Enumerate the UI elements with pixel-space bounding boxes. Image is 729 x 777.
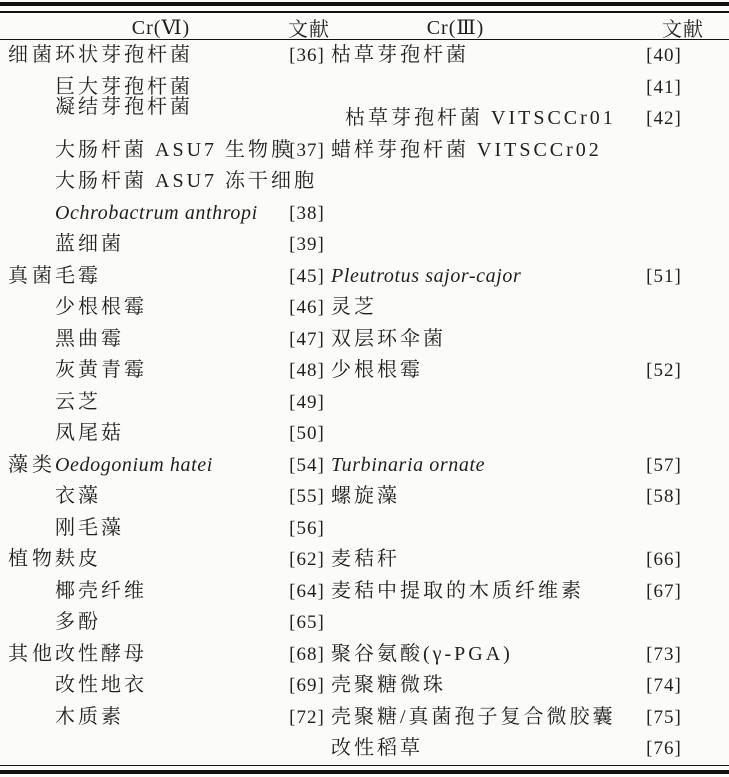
- cr6-material: 凤尾菇: [55, 418, 283, 450]
- cr3-reference: [75]: [636, 702, 692, 734]
- table-row: 改性地衣[69]壳聚糖微珠[74]: [0, 670, 729, 702]
- cr6-material: 大肠杆菌 ASU7 冻干细胞: [55, 166, 283, 198]
- cr6-reference: [54]: [283, 450, 331, 482]
- table-row: 木质素[72]壳聚糖/真菌孢子复合微胶囊[75]: [0, 702, 729, 734]
- cr6-material: 蓝细菌: [55, 229, 283, 261]
- table-row: 多酚[65]: [0, 607, 729, 639]
- cr6-material: 大肠杆菌 ASU7 生物膜: [55, 135, 283, 167]
- category-label: 植物: [8, 544, 55, 576]
- table-row: 藻类Oedogonium hatei[54]Turbinaria ornate[…: [0, 450, 729, 482]
- cr6-reference: [55]: [283, 481, 331, 513]
- table-row: 大肠杆菌 ASU7 生物膜[37]蜡样芽孢杆菌 VITSCCr02: [0, 135, 729, 167]
- cr6-material: 环状芽孢杆菌: [55, 40, 283, 72]
- cr6-material: 多酚: [55, 607, 283, 639]
- cr3-reference: [58]: [636, 481, 692, 513]
- cr3-reference: [40]: [636, 40, 692, 72]
- cr3-reference: [74]: [636, 670, 692, 702]
- scanned-table-page: Cr(Ⅵ) 文献 Cr(Ⅲ) 文献 细菌环状芽孢杆菌[36]枯草芽孢杆菌[40]…: [0, 0, 729, 777]
- cr6-material: 毛霉: [55, 261, 283, 293]
- cr6-material: 衣藻: [55, 481, 283, 513]
- cr3-material: 灵芝: [331, 292, 636, 324]
- cr3-reference: [73]: [636, 639, 692, 671]
- column-header-cr3: Cr(Ⅲ): [303, 15, 608, 40]
- table-row: 大肠杆菌 ASU7 冻干细胞: [0, 166, 729, 198]
- cr6-material: 云芝: [55, 387, 283, 419]
- cr6-reference: [47]: [283, 324, 331, 356]
- cr6-reference: [72]: [283, 702, 331, 734]
- column-header-cr6: Cr(Ⅵ): [47, 15, 275, 40]
- cr6-reference: [49]: [283, 387, 331, 419]
- cr3-reference: [51]: [636, 261, 692, 293]
- table-row: 黑曲霉[47]双层环伞菌: [0, 324, 729, 356]
- cr6-material: Oedogonium hatei: [55, 450, 283, 482]
- cr6-reference: [65]: [283, 607, 331, 639]
- cr3-material: 聚谷氨酸(γ-PGA): [331, 639, 636, 671]
- cr3-reference: [42]: [636, 103, 692, 135]
- table-row: 灰黄青霉[48]少根根霉[52]: [0, 355, 729, 387]
- cr3-material: Pleutrotus sajor-cajor: [331, 261, 636, 293]
- table-row: 云芝[49]: [0, 387, 729, 419]
- table-row: 凤尾菇[50]: [0, 418, 729, 450]
- cr6-reference: [39]: [283, 229, 331, 261]
- column-header-ref2: 文献: [655, 13, 711, 42]
- cr3-material: Turbinaria ornate: [331, 450, 636, 482]
- cr3-material: 壳聚糖/真菌孢子复合微胶囊: [331, 702, 636, 734]
- cr3-reference: [66]: [636, 544, 692, 576]
- cr6-material: 改性酵母: [55, 639, 283, 671]
- cr6-material: 黑曲霉: [55, 324, 283, 356]
- cr6-reference: [38]: [283, 198, 331, 230]
- cr3-reference: [76]: [636, 733, 692, 765]
- table-row: 植物麸皮[62]麦秸秆[66]: [0, 544, 729, 576]
- table-row: 衣藻[55]螺旋藻[58]: [0, 481, 729, 513]
- table-row: Ochrobactrum anthropi[38]: [0, 198, 729, 230]
- table-row: 蓝细菌[39]: [0, 229, 729, 261]
- cr6-reference: [62]: [283, 544, 331, 576]
- cr6-reference: [69]: [283, 670, 331, 702]
- cr6-reference: [50]: [283, 418, 331, 450]
- cr3-material: 壳聚糖微珠: [331, 670, 636, 702]
- cr6-reference: [36]: [283, 40, 331, 72]
- cr6-material: 改性地衣: [55, 670, 283, 702]
- cr6-material: 灰黄青霉: [55, 355, 283, 387]
- cr3-reference: [52]: [636, 355, 692, 387]
- cr6-material: 少根根霉: [55, 292, 283, 324]
- category-label: 藻类: [8, 450, 55, 482]
- cr6-material: Ochrobactrum anthropi: [55, 198, 283, 230]
- cr6-material: 麸皮: [55, 544, 283, 576]
- cr3-material: 螺旋藻: [331, 481, 636, 513]
- cr3-reference: [41]: [636, 72, 692, 104]
- table-header-row: Cr(Ⅵ) 文献 Cr(Ⅲ) 文献: [0, 13, 729, 39]
- cr3-reference: [67]: [636, 576, 692, 608]
- cr3-material: 麦秸秆: [331, 544, 636, 576]
- cr3-material: 枯草芽孢杆菌 VITSCCr01: [331, 103, 636, 135]
- table-bottom-rule-thick: [0, 770, 729, 774]
- cr3-reference: [57]: [636, 450, 692, 482]
- cr6-reference: [46]: [283, 292, 331, 324]
- table-row: 少根根霉[46]灵芝: [0, 292, 729, 324]
- cr6-material: 凝结芽孢杆菌: [55, 92, 283, 124]
- table-body: 细菌环状芽孢杆菌[36]枯草芽孢杆菌[40]巨大芽孢杆菌[41]凝结芽孢杆菌枯草…: [0, 40, 729, 765]
- table-row: 其他改性酵母[68]聚谷氨酸(γ-PGA)[73]: [0, 639, 729, 671]
- cr6-material: 椰壳纤维: [55, 576, 283, 608]
- cr6-reference: [56]: [283, 513, 331, 545]
- cr3-material: 枯草芽孢杆菌: [331, 40, 636, 72]
- cr6-reference: [37]: [283, 135, 331, 167]
- cr3-material: 麦秸中提取的木质纤维素: [331, 576, 636, 608]
- table-row: 凝结芽孢杆菌枯草芽孢杆菌 VITSCCr01[42]: [0, 103, 729, 135]
- cr3-material: 蜡样芽孢杆菌 VITSCCr02: [331, 135, 636, 167]
- category-label: 真菌: [8, 261, 55, 293]
- cr6-reference: [48]: [283, 355, 331, 387]
- table-row: 改性稻草[76]: [0, 733, 729, 765]
- cr6-material: 刚毛藻: [55, 513, 283, 545]
- table-row: 椰壳纤维[64]麦秸中提取的木质纤维素[67]: [0, 576, 729, 608]
- cr6-reference: [64]: [283, 576, 331, 608]
- cr6-reference: [68]: [283, 639, 331, 671]
- table-row: 真菌毛霉[45]Pleutrotus sajor-cajor[51]: [0, 261, 729, 293]
- cr3-material: 少根根霉: [331, 355, 636, 387]
- category-label: 其他: [8, 639, 55, 671]
- table-row: 刚毛藻[56]: [0, 513, 729, 545]
- table-row: 细菌环状芽孢杆菌[36]枯草芽孢杆菌[40]: [0, 40, 729, 72]
- cr6-material: 木质素: [55, 702, 283, 734]
- cr3-material: 改性稻草: [331, 733, 636, 765]
- cr3-material: 双层环伞菌: [331, 324, 636, 356]
- category-label: 细菌: [8, 40, 55, 72]
- cr6-reference: [45]: [283, 261, 331, 293]
